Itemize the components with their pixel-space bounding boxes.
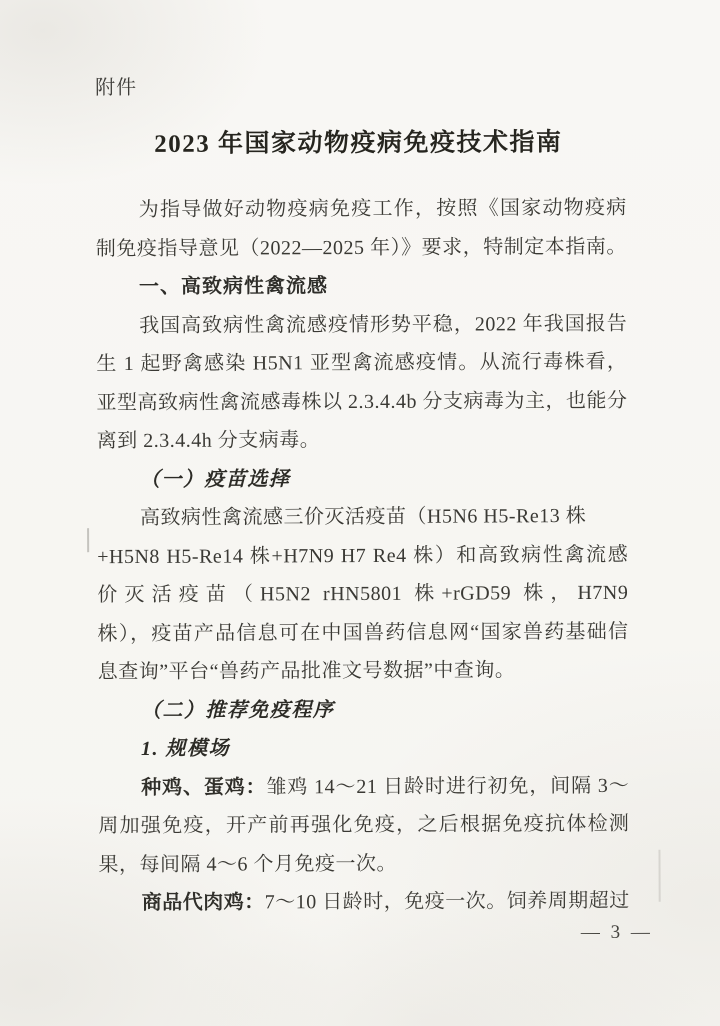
text-line: 株），疫苗产品信息可在中国兽药信息网“国家兽药基础信 [97, 612, 628, 653]
text-line: 商品代肉鸡：7～10 日龄时，免疫一次。饲养周期超过 [99, 882, 630, 923]
bold-lead-in: 种鸡、蛋鸡： [141, 776, 266, 799]
text-line: 周加强免疫，开产前再强化免疫，之后根据免疫抗体检测结 [98, 805, 629, 846]
attachment-label: 附件 [95, 75, 137, 101]
document-title: 2023 年国家动物疫病免疫技术指南 [0, 127, 718, 160]
text-line: 为指导做好动物疫病免疫工作，按照《国家动物疫病强 [96, 189, 627, 230]
scan-artifact-line [87, 528, 89, 552]
text-line: 果，每间隔 4～6 个月免疫一次。 [98, 843, 629, 884]
text-line: 息查询”平台“兽药产品批准文号数据”中查询。 [98, 651, 629, 692]
heading-line: （二）推荐免疫程序 [98, 689, 629, 730]
page-number: — 3 — [562, 920, 672, 946]
text-line: 制免疫指导意见（2022—2025 年）》要求，特制定本指南。 [96, 227, 627, 268]
heading-line: 1. 规模场 [98, 728, 629, 769]
text-line: 种鸡、蛋鸡：雏鸡 14～21 日龄时进行初免，间隔 3～4 [98, 766, 629, 807]
text-line: 生 1 起野禽感染 H5N1 亚型禽流感疫情。从流行毒株看，H5 [96, 343, 627, 384]
scan-artifact-line [658, 850, 660, 902]
heading-line: （一）疫苗选择 [97, 458, 628, 499]
text-line: 价灭活疫苗（H5N2 rHN5801 株+rGD59 株，H7N9 rHN790… [97, 574, 628, 615]
scanned-document-page: 附件 2023 年国家动物疫病免疫技术指南 为指导做好动物疫病免疫工作，按照《国… [0, 0, 720, 1026]
document-content: 为指导做好动物疫病免疫工作，按照《国家动物疫病强制免疫指导意见（2022—202… [96, 189, 630, 923]
text-line: 亚型高致病性禽流感毒株以 2.3.4.4b 分支病毒为主，也能分 [96, 381, 627, 422]
scan-surface: 附件 2023 年国家动物疫病免疫技术指南 为指导做好动物疫病免疫工作，按照《国… [0, 0, 720, 1026]
text-line: 离到 2.3.4.4h 分支病毒。 [97, 420, 628, 461]
text-line: 高致病性禽流感三价灭活疫苗（H5N6 H5-Re13 株 [97, 497, 628, 538]
bold-lead-in: 商品代肉鸡： [142, 891, 265, 914]
heading-line: 一、高致病性禽流感 [96, 266, 627, 307]
text-line: +H5N8 H5-Re14 株+H7N9 H7 Re4 株）和高致病性禽流感三 [97, 535, 628, 576]
text-line: 我国高致病性禽流感疫情形势平稳，2022 年我国报告发 [96, 304, 627, 345]
